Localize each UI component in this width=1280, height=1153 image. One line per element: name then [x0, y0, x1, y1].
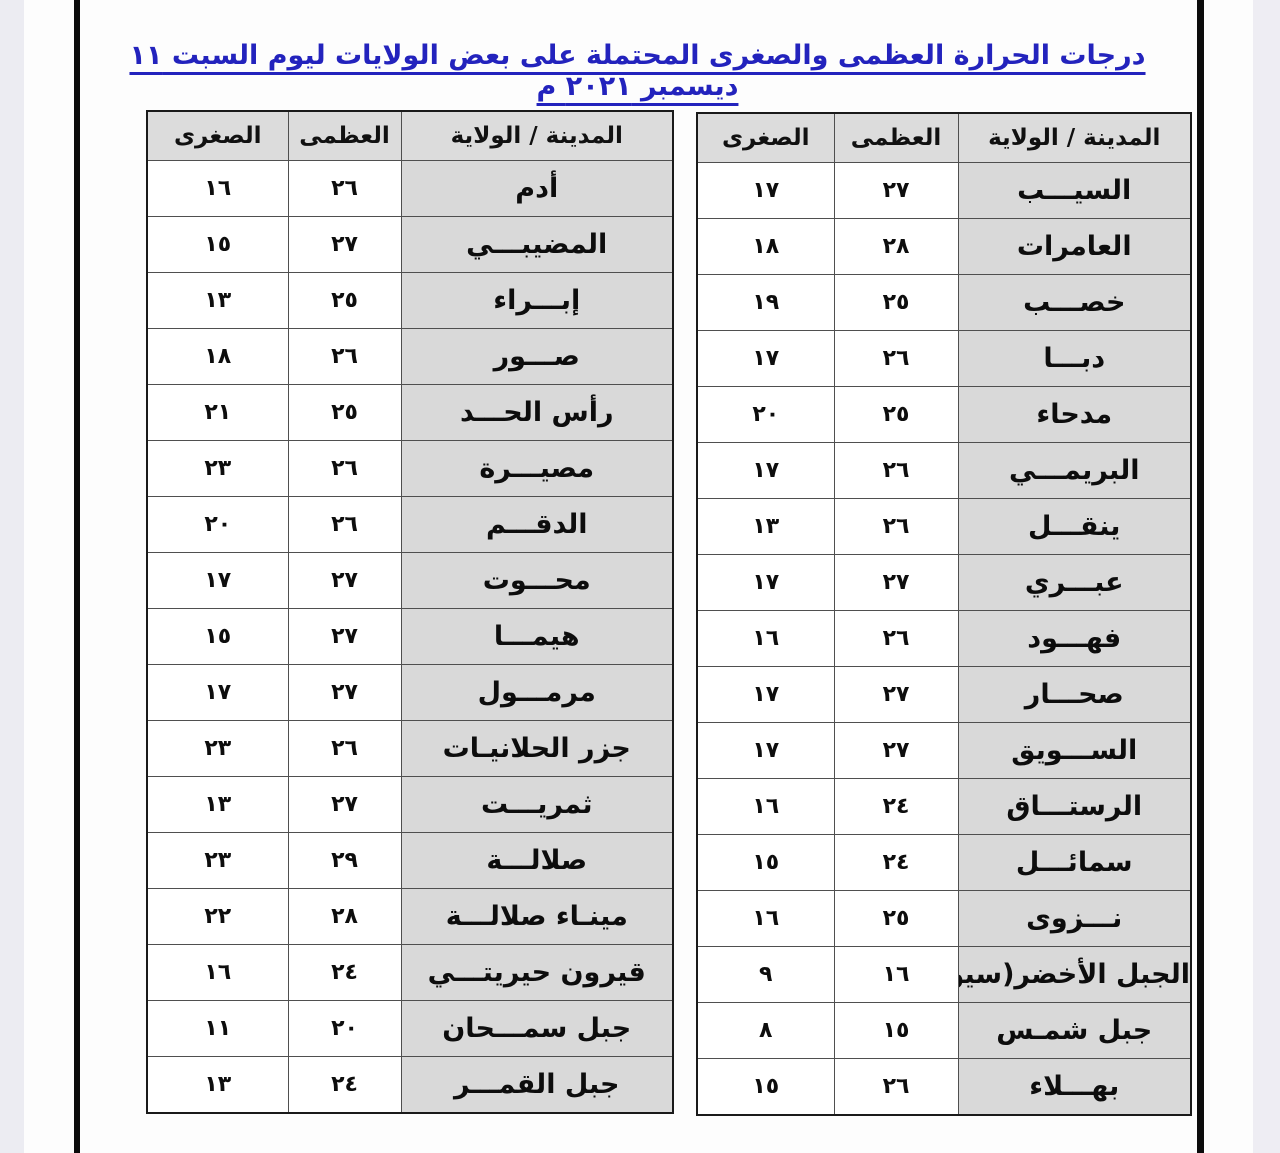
max-temp-cell: ٢٧: [834, 667, 958, 723]
city-cell: مرمـــول: [401, 665, 673, 721]
column-header-max: العظمى: [288, 111, 401, 161]
min-temp-cell: ٢٣: [147, 441, 288, 497]
max-temp-cell: ١٦: [834, 947, 958, 1003]
min-temp-cell: ١٥: [147, 609, 288, 665]
left-page-border-line: [74, 0, 80, 1153]
table-row: المضيبـــي ٢٧ ١٥: [147, 217, 673, 273]
max-temp-cell: ٢٩: [288, 833, 401, 889]
max-temp-cell: ٢٧: [834, 723, 958, 779]
max-temp-cell: ٢٨: [834, 219, 958, 275]
min-temp-cell: ١١: [147, 1001, 288, 1057]
max-temp-cell: ٢٦: [288, 329, 401, 385]
city-cell: البريمـــي: [958, 443, 1191, 499]
city-cell: هيمـــا: [401, 609, 673, 665]
table-row: إبـــراء ٢٥ ١٣: [147, 273, 673, 329]
max-temp-cell: ٢٧: [834, 555, 958, 611]
max-temp-cell: ٢٥: [834, 387, 958, 443]
min-temp-cell: ١٣: [147, 1057, 288, 1114]
table-row: الدقـــم ٢٦ ٢٠: [147, 497, 673, 553]
table-row: هيمـــا ٢٧ ١٥: [147, 609, 673, 665]
max-temp-cell: ٢٦: [288, 161, 401, 217]
city-cell: إبـــراء: [401, 273, 673, 329]
max-temp-cell: ٢٦: [288, 721, 401, 777]
city-cell: قيرون حيريتـــي: [401, 945, 673, 1001]
city-cell: الجبل الأخضر(سيق): [958, 947, 1191, 1003]
max-temp-cell: ٢٦: [834, 443, 958, 499]
table-row: فهـــود ٢٦ ١٦: [697, 611, 1191, 667]
city-cell: السيـــب: [958, 163, 1191, 219]
table-row: مرمـــول ٢٧ ١٧: [147, 665, 673, 721]
header-row: المدينة / الولاية العظمى الصغرى: [697, 113, 1191, 163]
table-row: خصـــب ٢٥ ١٩: [697, 275, 1191, 331]
max-temp-cell: ٢٦: [834, 331, 958, 387]
column-header-min: الصغرى: [697, 113, 834, 163]
table-row: ينقـــل ٢٦ ١٣: [697, 499, 1191, 555]
max-temp-cell: ٢٥: [834, 891, 958, 947]
temperatures-table-right: المدينة / الولاية العظمى الصغرى السيـــب…: [696, 112, 1192, 1116]
table-row: الســـويق ٢٧ ١٧: [697, 723, 1191, 779]
max-temp-cell: ٢٤: [288, 1057, 401, 1114]
min-temp-cell: ١٩: [697, 275, 834, 331]
min-temp-cell: ٨: [697, 1003, 834, 1059]
table-body: أدم ٢٦ ١٦ المضيبـــي ٢٧ ١٥ إبـــراء ٢٥ ١…: [147, 161, 673, 1114]
table-row: مدحاء ٢٥ ٢٠: [697, 387, 1191, 443]
min-temp-cell: ١٥: [697, 835, 834, 891]
city-cell: المضيبـــي: [401, 217, 673, 273]
min-temp-cell: ٢٠: [697, 387, 834, 443]
table-row: جبل سمـــحان ٢٠ ١١: [147, 1001, 673, 1057]
table-row: بهـــلاء ٢٦ ١٥: [697, 1059, 1191, 1116]
city-cell: دبـــا: [958, 331, 1191, 387]
column-header-min: الصغرى: [147, 111, 288, 161]
city-cell: نـــزوى: [958, 891, 1191, 947]
table-row: ثمريـــت ٢٧ ١٣: [147, 777, 673, 833]
city-cell: ثمريـــت: [401, 777, 673, 833]
city-cell: مينـاء صلالـــة: [401, 889, 673, 945]
table-row: جبل شمـس ١٥ ٨: [697, 1003, 1191, 1059]
max-temp-cell: ٢٦: [288, 497, 401, 553]
table-row: جبل القمـــر ٢٤ ١٣: [147, 1057, 673, 1114]
city-cell: مدحاء: [958, 387, 1191, 443]
min-temp-cell: ١٨: [147, 329, 288, 385]
max-temp-cell: ٢٦: [834, 611, 958, 667]
temperatures-table-left: المدينة / الولاية العظمى الصغرى أدم ٢٦ ١…: [146, 110, 674, 1114]
table-row: نـــزوى ٢٥ ١٦: [697, 891, 1191, 947]
min-temp-cell: ١٦: [697, 611, 834, 667]
city-cell: محـــوت: [401, 553, 673, 609]
min-temp-cell: ٢٠: [147, 497, 288, 553]
table-row: العامرات ٢٨ ١٨: [697, 219, 1191, 275]
table-row: قيرون حيريتـــي ٢٤ ١٦: [147, 945, 673, 1001]
table-header: المدينة / الولاية العظمى الصغرى: [697, 113, 1191, 163]
max-temp-cell: ٢٧: [288, 609, 401, 665]
city-cell: خصـــب: [958, 275, 1191, 331]
table-row: محـــوت ٢٧ ١٧: [147, 553, 673, 609]
max-temp-cell: ١٥: [834, 1003, 958, 1059]
min-temp-cell: ٢٣: [147, 721, 288, 777]
city-cell: بهـــلاء: [958, 1059, 1191, 1116]
table-row: البريمـــي ٢٦ ١٧: [697, 443, 1191, 499]
table-row: أدم ٢٦ ١٦: [147, 161, 673, 217]
max-temp-cell: ٢٧: [288, 777, 401, 833]
city-cell: صحـــار: [958, 667, 1191, 723]
min-temp-cell: ٩: [697, 947, 834, 1003]
table-row: سمائـــل ٢٤ ١٥: [697, 835, 1191, 891]
max-temp-cell: ٢٧: [288, 665, 401, 721]
min-temp-cell: ١٧: [697, 723, 834, 779]
table-row: صـــور ٢٦ ١٨: [147, 329, 673, 385]
column-header-max: العظمى: [834, 113, 958, 163]
max-temp-cell: ٢٥: [288, 273, 401, 329]
table-row: الجبل الأخضر(سيق) ١٦ ٩: [697, 947, 1191, 1003]
min-temp-cell: ١٣: [147, 273, 288, 329]
min-temp-cell: ١٥: [697, 1059, 834, 1116]
city-cell: جبل سمـــحان: [401, 1001, 673, 1057]
city-cell: الرستـــاق: [958, 779, 1191, 835]
table-row: مصيـــرة ٢٦ ٢٣: [147, 441, 673, 497]
min-temp-cell: ١٦: [147, 161, 288, 217]
city-cell: مصيـــرة: [401, 441, 673, 497]
table-row: مينـاء صلالـــة ٢٨ ٢٢: [147, 889, 673, 945]
city-cell: الســـويق: [958, 723, 1191, 779]
city-cell: سمائـــل: [958, 835, 1191, 891]
min-temp-cell: ٢١: [147, 385, 288, 441]
min-temp-cell: ١٦: [147, 945, 288, 1001]
city-cell: جبل شمـس: [958, 1003, 1191, 1059]
right-margin-strip: [1253, 0, 1280, 1153]
table-row: الرستـــاق ٢٤ ١٦: [697, 779, 1191, 835]
city-cell: فهـــود: [958, 611, 1191, 667]
table-header: المدينة / الولاية العظمى الصغرى: [147, 111, 673, 161]
min-temp-cell: ١٦: [697, 779, 834, 835]
min-temp-cell: ١٧: [147, 665, 288, 721]
city-cell: الدقـــم: [401, 497, 673, 553]
max-temp-cell: ٢٤: [288, 945, 401, 1001]
min-temp-cell: ٢٢: [147, 889, 288, 945]
max-temp-cell: ٢٥: [834, 275, 958, 331]
column-header-city: المدينة / الولاية: [401, 111, 673, 161]
table-body: السيـــب ٢٧ ١٧ العامرات ٢٨ ١٨ خصـــب ٢٥ …: [697, 163, 1191, 1116]
max-temp-cell: ٢٧: [288, 217, 401, 273]
table-row: جزر الحلانيـات ٢٦ ٢٣: [147, 721, 673, 777]
header-row: المدينة / الولاية العظمى الصغرى: [147, 111, 673, 161]
table-row: صحـــار ٢٧ ١٧: [697, 667, 1191, 723]
table-row: السيـــب ٢٧ ١٧: [697, 163, 1191, 219]
max-temp-cell: ٢٧: [834, 163, 958, 219]
table-row: رأس الحـــد ٢٥ ٢١: [147, 385, 673, 441]
right-page-border-line: [1197, 0, 1204, 1153]
max-temp-cell: ٢٠: [288, 1001, 401, 1057]
min-temp-cell: ١٦: [697, 891, 834, 947]
min-temp-cell: ١٧: [697, 555, 834, 611]
max-temp-cell: ٢٥: [288, 385, 401, 441]
max-temp-cell: ٢٤: [834, 835, 958, 891]
min-temp-cell: ١٧: [697, 443, 834, 499]
max-temp-cell: ٢٦: [834, 1059, 958, 1116]
table-row: عبـــري ٢٧ ١٧: [697, 555, 1191, 611]
city-cell: ينقـــل: [958, 499, 1191, 555]
city-cell: العامرات: [958, 219, 1191, 275]
document-page: درجات الحرارة العظمى والصغرى المحتملة عل…: [0, 0, 1280, 1153]
min-temp-cell: ١٧: [697, 331, 834, 387]
max-temp-cell: ٢٧: [288, 553, 401, 609]
city-cell: جزر الحلانيـات: [401, 721, 673, 777]
city-cell: عبـــري: [958, 555, 1191, 611]
left-margin-strip: [0, 0, 24, 1153]
city-cell: أدم: [401, 161, 673, 217]
min-temp-cell: ١٨: [697, 219, 834, 275]
min-temp-cell: ١٥: [147, 217, 288, 273]
max-temp-cell: ٢٤: [834, 779, 958, 835]
column-header-city: المدينة / الولاية: [958, 113, 1191, 163]
document-title: درجات الحرارة العظمى والصغرى المحتملة عل…: [95, 40, 1180, 102]
min-temp-cell: ١٧: [697, 163, 834, 219]
min-temp-cell: ١٣: [697, 499, 834, 555]
min-temp-cell: ٢٣: [147, 833, 288, 889]
city-cell: رأس الحـــد: [401, 385, 673, 441]
max-temp-cell: ٢٨: [288, 889, 401, 945]
city-cell: صلالـــة: [401, 833, 673, 889]
min-temp-cell: ١٣: [147, 777, 288, 833]
min-temp-cell: ١٧: [697, 667, 834, 723]
table-row: صلالـــة ٢٩ ٢٣: [147, 833, 673, 889]
table-row: دبـــا ٢٦ ١٧: [697, 331, 1191, 387]
max-temp-cell: ٢٦: [834, 499, 958, 555]
city-cell: جبل القمـــر: [401, 1057, 673, 1114]
min-temp-cell: ١٧: [147, 553, 288, 609]
city-cell: صـــور: [401, 329, 673, 385]
max-temp-cell: ٢٦: [288, 441, 401, 497]
